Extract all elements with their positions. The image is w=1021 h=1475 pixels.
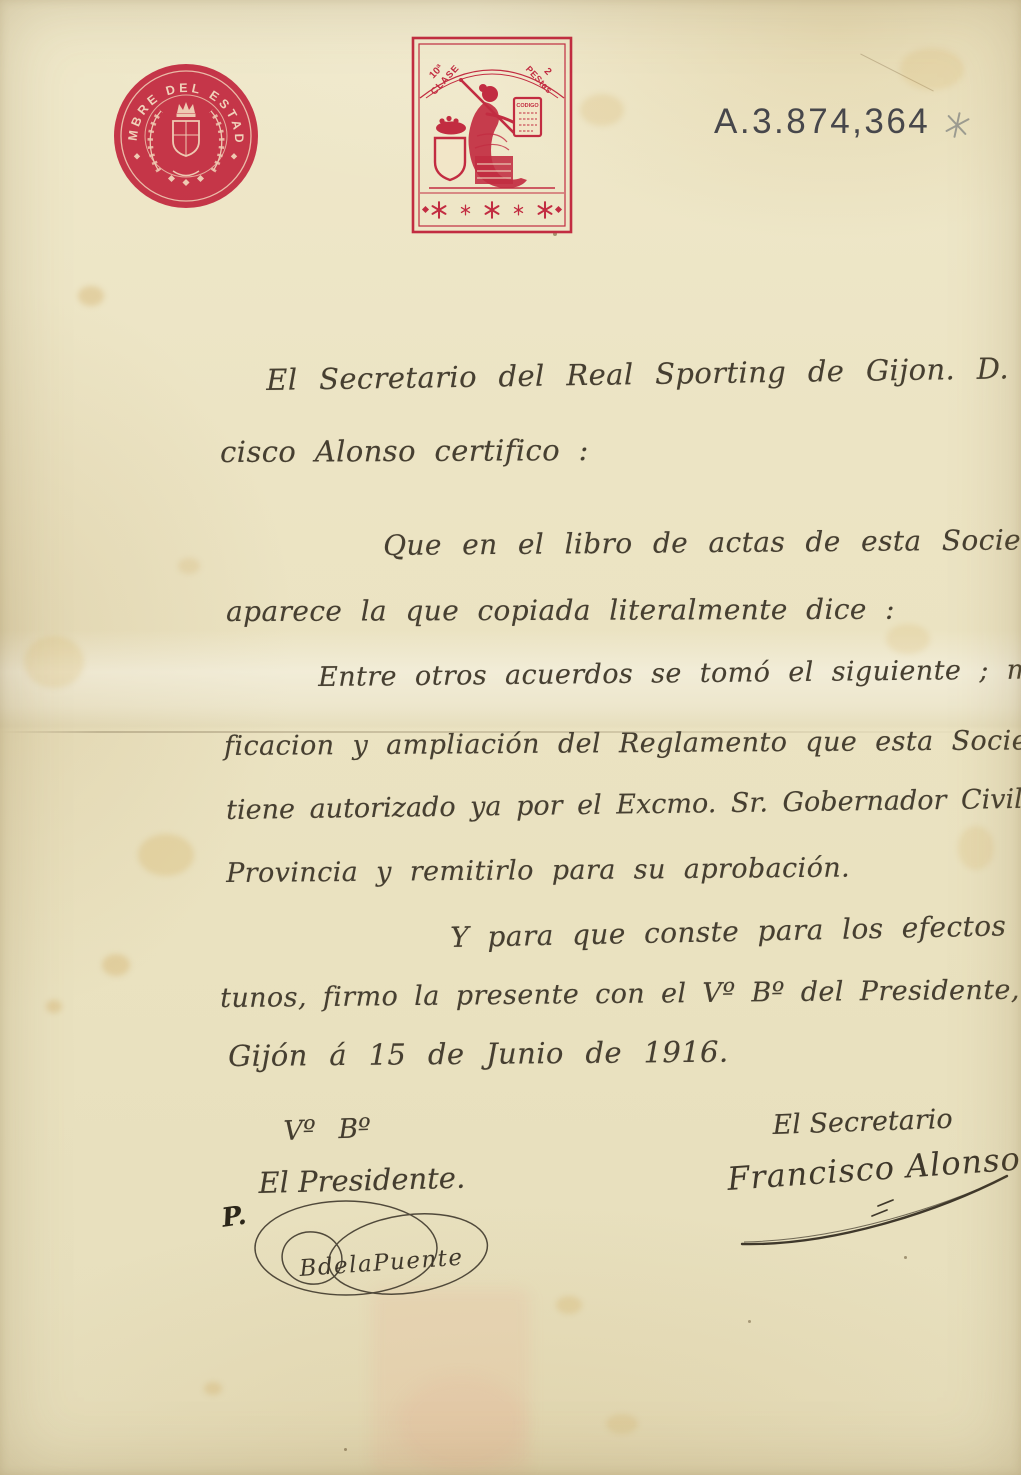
tax-stamp-icon: 10ª CLASE 2 PEStas CODIGO (411, 36, 573, 234)
handwritten-line-4: aparece la que copiada literalmente dice… (226, 596, 895, 626)
secretary-signature: Francisco Alonso (692, 1132, 1021, 1250)
handwritten-line-3: Que en el libro de actas de esta Socieda… (383, 526, 1021, 560)
ink-speck (344, 1448, 347, 1451)
president-signature: BdelaPuente (248, 1196, 500, 1308)
stain-mark (900, 48, 964, 90)
stain-mark (178, 558, 200, 574)
vb-label: Vº Bº (283, 1113, 371, 1147)
stain-mark (102, 954, 130, 976)
ornament-band (420, 193, 564, 218)
document-page: TIMBRE DEL ESTADO 10ª (0, 0, 1021, 1475)
handwritten-line-5: Entre otros acuerdos se tomó el siguient… (318, 656, 1021, 691)
stain-mark (556, 1296, 582, 1314)
president-role-label: El Presidente. (258, 1161, 466, 1200)
tablet-text: CODIGO (516, 103, 539, 109)
president-initial: P. (220, 1201, 248, 1234)
serial-number: A.3.874,364 (714, 102, 930, 142)
handwritten-line-10: tunos, firmo la presente con el Vº Bº de… (220, 976, 1021, 1012)
handwritten-line-11: Gijón á 15 de Junio de 1916. (228, 1038, 729, 1071)
handwritten-line-6: ficacion y ampliación del Reglamento que… (224, 727, 1021, 760)
stain-mark (24, 636, 84, 688)
handwritten-line-2: cisco Alonso certifico : (220, 436, 589, 467)
stain-mark (886, 624, 930, 654)
handwritten-line-8: Provincia y remitirlo para su aprobación… (226, 855, 850, 887)
stain-mark (78, 286, 104, 306)
stain-mark (204, 1382, 222, 1395)
ink-speck (748, 1320, 751, 1323)
stamp-showthrough (398, 1376, 526, 1471)
stain-mark (958, 826, 994, 870)
handwritten-line-1: El Secretario del Real Sporting de Gijon… (266, 353, 1021, 395)
stain-mark (46, 1000, 62, 1013)
stain-mark (138, 834, 194, 876)
timbre-del-estado-seal-icon: TIMBRE DEL ESTADO (111, 61, 261, 211)
handwritten-line-9: Y para que conste para los efectos opor- (450, 910, 1021, 952)
allegorical-figure: CODIGO (429, 78, 555, 188)
stain-mark (580, 94, 624, 126)
stamp-showthrough (372, 1288, 530, 1474)
president-signature-name: BdelaPuente (298, 1245, 465, 1282)
stain-mark (606, 1414, 638, 1434)
serial-number-row: A.3.874,364 (714, 102, 972, 142)
corner-crease (860, 53, 934, 91)
asterisk-mark-icon (939, 107, 975, 143)
ink-speck (904, 1256, 907, 1259)
handwritten-line-7: tiene autorizado ya por el Excmo. Sr. Go… (226, 785, 1021, 824)
